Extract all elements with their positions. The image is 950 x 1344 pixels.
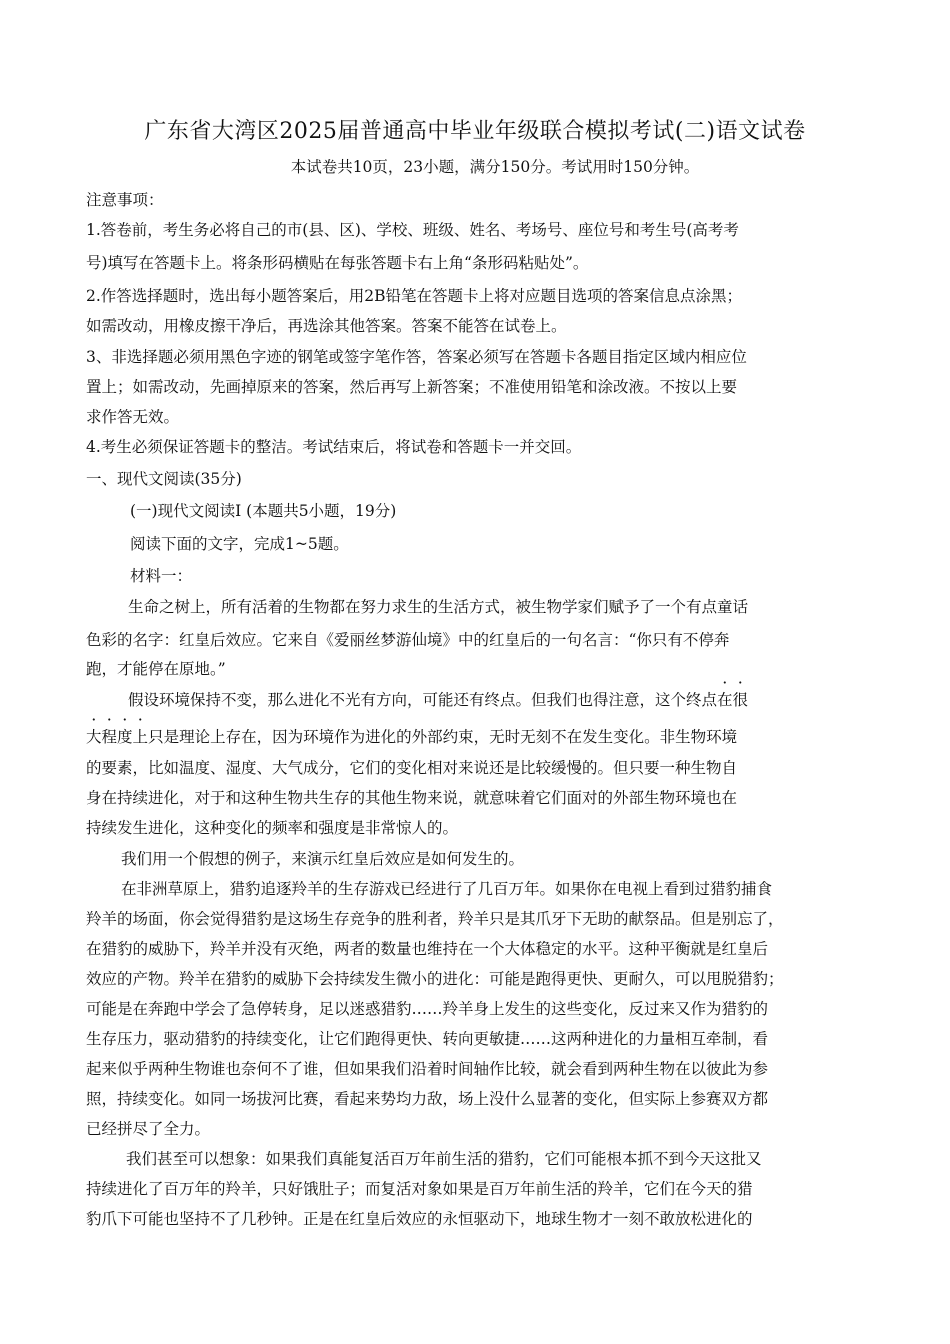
passage-line: 起来似乎两种生物谁也奈何不了谁，但如果我们沿着时间轴作比较，就会看到两种生物在以… — [86, 1059, 768, 1079]
emphasis-dot-char: 在 — [717, 690, 733, 710]
passage-line: 色彩的名字：红皇后效应。它来自《爱丽丝梦游仙境》中的红皇后的一句名言：“你只有不… — [86, 630, 729, 650]
notice-line: 4.考生必须保证答题卡的整洁。考试结束后，将试卷和答题卡一并交回。 — [86, 437, 581, 457]
emphasized-chars: 大程度上 — [86, 728, 148, 746]
passage-line: 跑，才能停在原地。” — [86, 659, 226, 679]
passage-line: 豹爪下可能也坚持不了几秒钟。正是在红皇后效应的永恒驱动下，地球生物才一刻不敢放松… — [86, 1209, 753, 1229]
passage-line: 我们用一个假想的例子，来演示红皇后效应是如何发生的。 — [121, 849, 524, 869]
exam-page: 广东省大湾区2025届普通高中毕业年级联合模拟考试(二)语文试卷 本试卷共10页… — [0, 0, 950, 1344]
notice-line: 号)填写在答题卡上。将条形码横贴在每张答题卡右上角“条形码粘贴处”。 — [86, 253, 588, 273]
passage-line: 持续进化了百万年的羚羊，只好饿肚子；而复活对象如果是百万年前生活的羚羊，它们在今… — [86, 1179, 753, 1199]
section-instruction: 阅读下面的文字，完成1~5题。 — [130, 534, 349, 554]
passage-line: 生存压力，驱动猎豹的持续变化，让它们跑得更快、转向更敏捷……这两种进化的力量相互… — [86, 1029, 768, 1049]
emphasized-chars: 在很 — [717, 691, 748, 709]
notice-line: 如需改动，用橡皮擦干净后，再选涂其他答案。答案不能答在试卷上。 — [86, 316, 567, 336]
emphasis-dot-char: 上 — [133, 727, 149, 747]
emphasis-dot-char: 很 — [733, 690, 749, 710]
passage-line: 羚羊的场面，你会觉得猎豹是这场生存竞争的胜利者，羚羊只是其爪牙下无助的献祭品。但… — [86, 909, 784, 929]
exam-subtitle: 本试卷共10页，23小题，满分150分。考试用时150分钟。 — [0, 155, 950, 177]
emphasized-text: 在很 — [717, 691, 748, 709]
passage-line: 在非洲草原上，猎豹追逐羚羊的生存游戏已经进行了几百万年。如果你在电视上看到过猎豹… — [121, 879, 772, 899]
section-heading: 一、现代文阅读(35分) — [86, 469, 242, 489]
passage-line: 身在持续进化，对于和这种生物共生存的其他生物来说，就意味着它们面对的外部生物环境… — [86, 788, 737, 808]
passage-line: 已经拼尽了全力。 — [86, 1119, 210, 1139]
passage-line: 照，持续变化。如同一场拔河比赛，看起来势均力敌，场上没什么显著的变化，但实际上参… — [86, 1089, 768, 1109]
notice-line: 置上；如需改动，先画掉原来的答案，然后再写上新答案；不准使用铅笔和涂改液。不按以… — [86, 377, 737, 397]
passage-text: 只是理论上存在，因为环境作为进化的外部约束，无时无刻不在发生变化。非生物环境 — [148, 728, 737, 746]
material-label: 材料一： — [130, 566, 192, 586]
section-subheading: (一)现代文阅读Ⅰ (本题共5小题，19分) — [130, 501, 396, 521]
passage-line: 生命之树上，所有活着的生物都在努力求生的生活方式，被生物学家们赋予了一个有点童话 — [128, 597, 748, 617]
passage-line: 我们甚至可以想象：如果我们真能复活百万年前生活的猎豹，它们可能根本抓不到今天这批… — [126, 1149, 762, 1169]
passage-line: 效应的产物。羚羊在猎豹的威胁下会持续发生微小的进化：可能是跑得更快、更耐久，可以… — [86, 969, 784, 989]
passage-line: 大程度上只是理论上存在，因为环境作为进化的外部约束，无时无刻不在发生变化。非生物… — [86, 727, 737, 747]
passage-line: 假设环境保持不变，那么进化不光有方向，可能还有终点。但我们也得注意，这个终点在很 — [128, 690, 748, 710]
exam-title: 广东省大湾区2025届普通高中毕业年级联合模拟考试(二)语文试卷 — [0, 114, 950, 145]
emphasis-dot-char: 程 — [102, 727, 118, 747]
passage-line: 可能是在奔跑中学会了急停转身，足以迷惑猎豹……羚羊身上发生的这些变化，反过来又作… — [86, 999, 768, 1019]
passage-line: 持续发生进化，这种变化的频率和强度是非常惊人的。 — [86, 818, 458, 838]
passage-text: 假设环境保持不变，那么进化不光有方向，可能还有终点。但我们也得注意，这个终点 — [128, 691, 717, 709]
notice-line: 3、非选择题必须用黑色字迹的钢笔或签字笔作答，答案必须写在答题卡各题目指定区域内… — [86, 347, 747, 367]
emphasis-dot-char: 度 — [117, 727, 133, 747]
passage-line: 在猎豹的威胁下，羚羊并没有灭绝，两者的数量也维持在一个大体稳定的水平。这种平衡就… — [86, 939, 768, 959]
notice-line: 1.答卷前，考生务必将自己的市(县、区)、学校、班级、姓名、考场号、座位号和考生… — [86, 220, 739, 240]
notice-line: 求作答无效。 — [86, 407, 179, 427]
notice-line: 2.作答选择题时，选出每小题答案后，用2B铅笔在答题卡上将对应题目选项的答案信息… — [86, 286, 742, 306]
notice-heading: 注意事项： — [86, 190, 164, 210]
emphasis-dot-char: 大 — [86, 727, 102, 747]
passage-line: 的要素，比如温度、湿度、大气成分，它们的变化相对来说还是比较缓慢的。但只要一种生… — [86, 758, 737, 778]
